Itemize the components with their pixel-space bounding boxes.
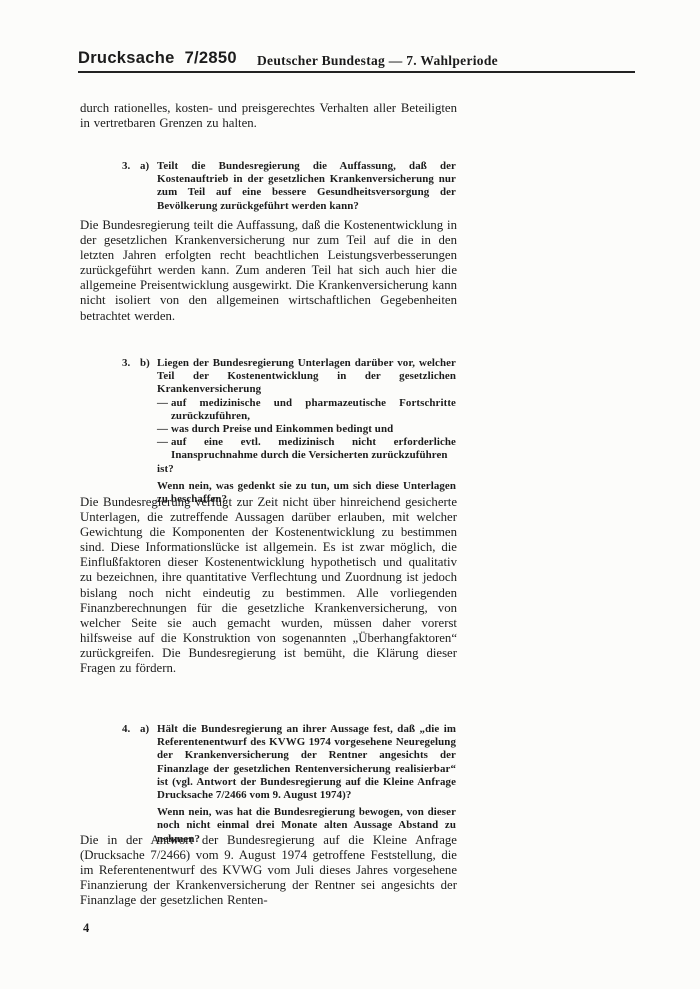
question-number: 3. [122, 357, 140, 506]
answer-3a: Die Bundesregierung teilt die Auffassung… [80, 218, 457, 324]
question-letter: b) [140, 357, 157, 506]
document-number-value: 7/2850 [185, 49, 237, 67]
list-item: — auf medizinische und pharmazeutische F… [157, 397, 456, 423]
document-number-label: Drucksache [78, 49, 175, 67]
dash-marker: — [157, 397, 171, 423]
edition-title: Deutscher Bundestag — 7. Wahlperiode [257, 53, 498, 69]
question-number: 4. [122, 723, 140, 846]
question-text: Liegen der Bundesregierung Unterlagen da… [157, 357, 456, 397]
header-rule [78, 71, 635, 73]
question-4a: 4. a) Hält die Bundesregierung an ihrer … [122, 723, 456, 846]
answer-4a: Die in der Antwort der Bundesregierung a… [80, 833, 457, 908]
question-3a: 3. a) Teilt die Bundesregierung die Auff… [122, 160, 456, 213]
question-3b: 3. b) Liegen der Bundesregierung Unterla… [122, 357, 456, 506]
list-item-text: auf eine evtl. medizinisch nicht erforde… [171, 436, 456, 462]
page-number: 4 [83, 921, 89, 936]
dash-marker: — [157, 423, 171, 436]
list-item: — auf eine evtl. medizinisch nicht erfor… [157, 436, 456, 462]
question-letter: a) [140, 160, 157, 213]
document-number: Drucksache7/2850 [78, 49, 237, 68]
document-page: Drucksache7/2850 Deutscher Bundestag — 7… [0, 0, 700, 989]
list-item: — was durch Preise und Einkommen bedingt… [157, 423, 456, 436]
question-text: Hält die Bundesregierung an ihrer Aussag… [157, 723, 456, 802]
answer-3b: Die Bundesregierung verfügt zur Zeit nic… [80, 495, 457, 676]
list-item-text: auf medizinische und pharmazeutische For… [171, 397, 456, 423]
question-number: 3. [122, 160, 140, 213]
dash-marker: — [157, 436, 171, 462]
question-letter: a) [140, 723, 157, 846]
question-text: Teilt die Bundesregierung die Auffassung… [157, 160, 456, 213]
list-item-text: was durch Preise und Einkommen bedingt u… [171, 423, 456, 436]
question-tail: ist? [157, 463, 456, 476]
intro-paragraph: durch rationelles, kosten- und preisgere… [80, 101, 457, 131]
